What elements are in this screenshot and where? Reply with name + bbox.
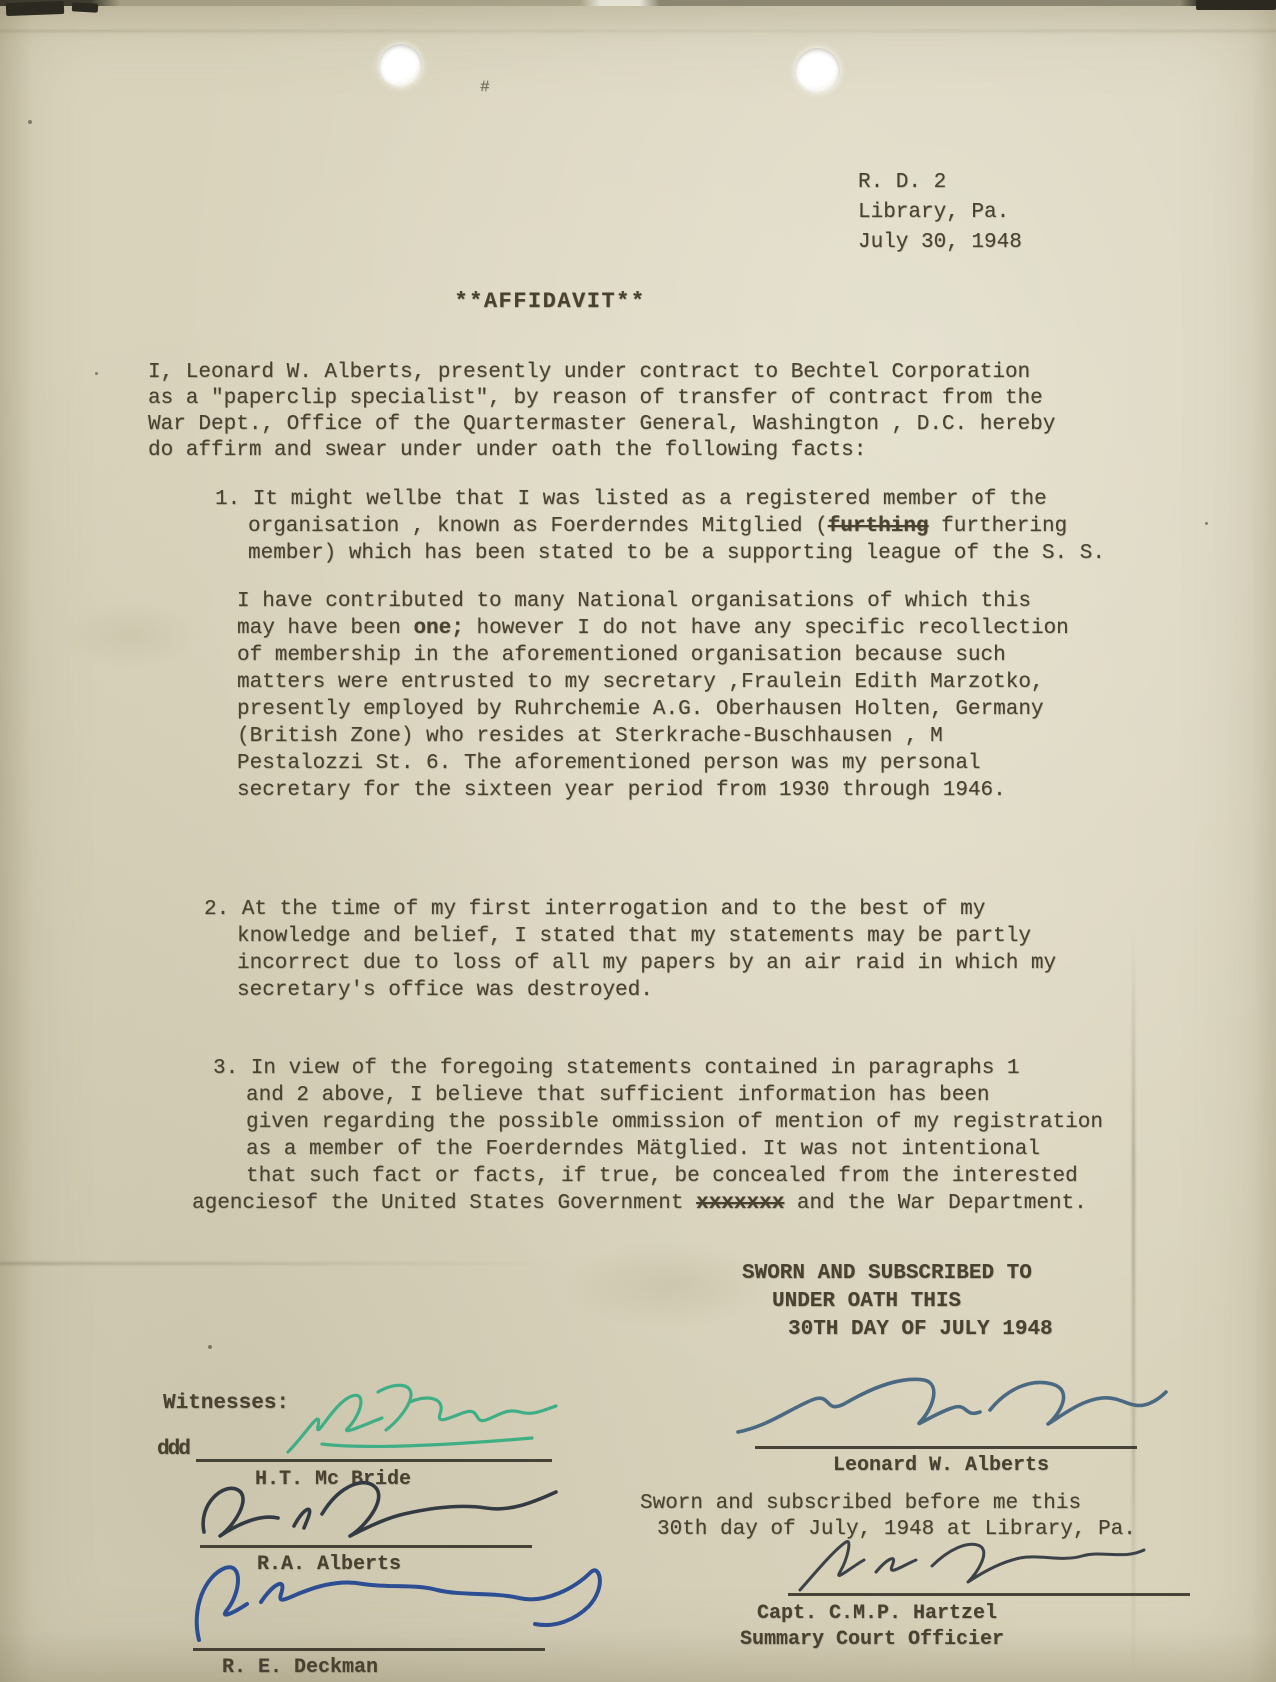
sworn-block-line: 30TH DAY OF JULY 1948 (788, 1316, 1053, 1344)
paragraph-line: Pestalozzi St. 6. The aforementioned per… (237, 750, 1069, 777)
scan-corner-mark (72, 2, 98, 12)
signature-line-witness-1 (196, 1459, 552, 1462)
intro-line: I, Leonard W. Alberts, presently under c… (148, 360, 1055, 386)
paragraph-1-continued: I have contributed to many National orga… (237, 588, 1069, 804)
officer-typed-name: Capt. C.M.P. Hartzel (757, 1600, 997, 1627)
letterhead-route: R. D. 2 (858, 168, 1022, 198)
sworn-block-line: UNDER OATH THIS (772, 1288, 1053, 1316)
paragraph-1: 1. It might wellbe that I was listed as … (215, 486, 1105, 567)
paragraph-1-line: 1. It might wellbe that I was listed as … (215, 486, 1105, 513)
intro-paragraph: I, Leonard W. Alberts, presently under c… (148, 360, 1055, 464)
paragraph-line: secretary for the sixteen year period fr… (237, 777, 1069, 804)
document-title: **AFFIDAVIT** (380, 288, 720, 315)
witness-3-typed-name: R. E. Deckman (222, 1654, 378, 1681)
paragraph-3-line: that such fact or facts, if true, be con… (246, 1163, 1103, 1190)
paragraph-line: of membership in the aforementioned orga… (237, 642, 1069, 669)
paper-speck (208, 1345, 212, 1349)
paragraph-line: (British Zone) who resides at Sterkrache… (237, 723, 1069, 750)
signature-re-deckman (183, 1548, 623, 1653)
paper-speck (95, 372, 98, 375)
paragraph-3-line: given regarding the possible ommission o… (246, 1109, 1103, 1136)
paragraph-1-line: organisation , known as Foerderndes Mitg… (248, 513, 1105, 540)
paragraph-3-line: as a member of the Foerderndes Mätglied.… (246, 1136, 1103, 1163)
paragraph-2-line: knowledge and belief, I stated that my s… (237, 923, 1056, 950)
signature-leonard-w-alberts (728, 1368, 1168, 1450)
struck-word: xxxxxxx (696, 1192, 784, 1215)
signature-line-affiant (755, 1446, 1137, 1449)
paragraph-3-line: and 2 above, I believe that sufficient i… (246, 1082, 1103, 1109)
paper-speck (1205, 522, 1208, 525)
paragraph-line: I have contributed to many National orga… (237, 588, 1069, 615)
paragraph-3-line: agenciesof the United States Government … (192, 1190, 1103, 1217)
signature-officer-hartzel (782, 1532, 1162, 1602)
paragraph-2-line: incorrect due to loss of all my papers b… (237, 950, 1056, 977)
paragraph-1-line: member) which has been stated to be a su… (248, 540, 1105, 567)
witnesses-label: Witnesses: (163, 1390, 289, 1417)
paragraph-3: 3. In view of the foregoing statements c… (213, 1055, 1103, 1217)
paragraph-line: matters were entrusted to my secretary ,… (237, 669, 1069, 696)
paragraph-3-line: 3. In view of the foregoing statements c… (213, 1055, 1103, 1082)
scan-corner-mark (1196, 0, 1276, 10)
letterhead-date: July 30, 1948 (858, 228, 1022, 258)
sworn-block: SWORN AND SUBSCRIBED TO UNDER OATH THIS … (742, 1260, 1053, 1344)
sworn-block-line: SWORN AND SUBSCRIBED TO (742, 1260, 1053, 1288)
intro-line: as a "paperclip specialist", by reason o… (148, 386, 1055, 412)
paragraph-2-line: secretary's office was destroyed. (237, 977, 1056, 1004)
paragraph-line: may have been one; however I do not have… (237, 615, 1069, 642)
paragraph-2: 2. At the time of my first interrogation… (204, 896, 1056, 1004)
intro-line: War Dept., Office of the Quartermaster G… (148, 412, 1055, 438)
letterhead-place: Library, Pa. (858, 198, 1022, 228)
attestation-line-1: Sworn and subscribed before me this (640, 1490, 1081, 1517)
paragraph-line: presently employed by Ruhrchemie A.G. Ob… (237, 696, 1069, 723)
punch-hole-right (795, 48, 840, 93)
officer-typed-title: Summary Court Officier (740, 1626, 1004, 1653)
paragraph-2-line: 2. At the time of my first interrogation… (204, 896, 1056, 923)
intro-line: do affirm and swear under under oath the… (148, 438, 1055, 464)
paper-speck (28, 120, 32, 124)
affiant-typed-name: Leonard W. Alberts (833, 1452, 1049, 1479)
signature-line-officer (788, 1593, 1190, 1596)
paper-crease-top (0, 30, 1276, 32)
overtyped-mark: ddd (157, 1436, 189, 1463)
overtyped-word: one; (413, 617, 463, 640)
affidavit-page: # R. D. 2 Library, Pa. July 30, 1948 **A… (0, 0, 1276, 1682)
scan-edge-shadow (0, 0, 1276, 6)
struck-word: furthing (828, 515, 929, 538)
paper-crease-left (0, 1262, 560, 1265)
stray-typed-mark: # (480, 74, 490, 101)
punch-hole-left (379, 44, 422, 87)
paper-stain (60, 600, 200, 670)
signature-ht-mcbride (282, 1372, 582, 1467)
signature-ra-alberts (190, 1474, 570, 1552)
signature-line-witness-3 (193, 1648, 545, 1651)
letterhead-block: R. D. 2 Library, Pa. July 30, 1948 (858, 168, 1022, 258)
scan-corner-mark (6, 1, 64, 16)
